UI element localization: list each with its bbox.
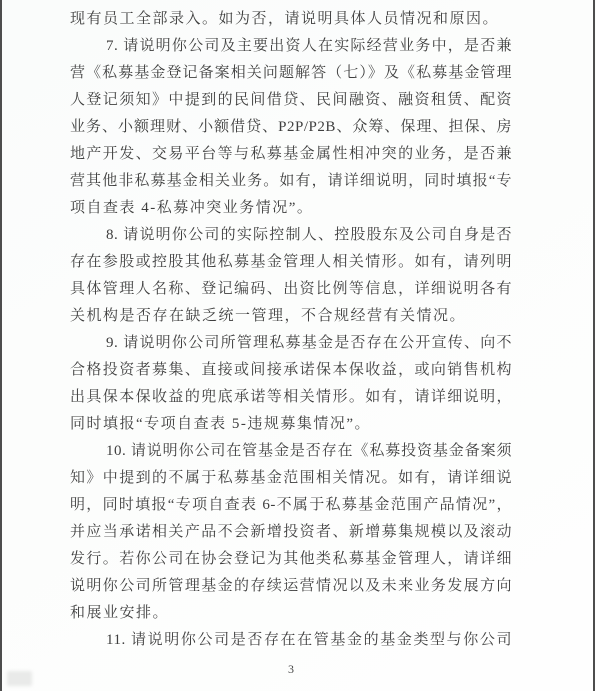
document-page: 现有员工全部录入。如为否，请说明具体人员情况和原因。 7. 请说明你公司及主要出…	[0, 0, 596, 691]
text-line-paragraph-9: 9. 请说明你公司所管理私募基金是否存在公开宣传、向不	[70, 330, 512, 357]
page-number: 3	[70, 661, 512, 677]
text-line: 发行。若你公司在协会登记为其他类私募基金管理人，请详细	[70, 546, 512, 573]
text-line: 地产开发、交易平台等与私募基金属性相冲突的业务，是否兼	[70, 141, 512, 168]
text-line: 项自查表 4-私募冲突业务情况”。	[70, 195, 512, 222]
text-line: 说明你公司所管理基金的存续运营情况以及未来业务发展方向	[70, 573, 512, 600]
text-line-paragraph-7: 7. 请说明你公司及主要出资人在实际经营业务中，是否兼	[70, 33, 512, 60]
text-line: 并应当承诺相关产品不会新增投资者、新增募集规模以及滚动	[70, 519, 512, 546]
text-line: 关机构是否存在缺乏统一管理，不合规经营有关情况。	[70, 303, 512, 330]
text-line: 现有员工全部录入。如为否，请说明具体人员情况和原因。	[70, 6, 512, 33]
text-line: 营其他非私募基金相关业务。如有，请详细说明，同时填报“专	[70, 168, 512, 195]
text-line: 人登记须知》中提到的民间借贷、民间融资、融资租赁、配资	[70, 87, 512, 114]
text-line-paragraph-11: 11. 请说明你公司是否存在在管基金的基金类型与你公司	[70, 627, 512, 654]
text-line-paragraph-10: 10. 请说明你公司在管基金是否存在《私募投资基金备案须	[70, 438, 512, 465]
page-right-edge-line	[593, 0, 595, 691]
text-line: 存在参股或控股其他私募基金管理人相关情形。如有，请列明	[70, 249, 512, 276]
text-line: 知》中提到的不属于私募基金范围相关情况。如有，请详细说	[70, 465, 512, 492]
text-line: 具体管理人名称、登记编码、出资比例等信息，详细说明各有	[70, 276, 512, 303]
page-left-edge-line	[0, 0, 2, 691]
scan-artifact-smudge	[7, 671, 32, 686]
text-line: 业务、小额理财、小额借贷、P2P/P2B、众筹、保理、担保、房	[70, 114, 512, 141]
text-line: 营《私募基金登记备案相关问题解答（七）》及《私募基金管理	[70, 60, 512, 87]
text-line: 出具保本保收益的兜底承诺等相关情形。如有，请详细说明，	[70, 384, 512, 411]
text-line: 同时填报“专项自查表 5-违规募集情况”。	[70, 411, 512, 438]
text-line: 明，同时填报“专项自查表 6-不属于私募基金范围产品情况”，	[70, 492, 512, 519]
text-line: 和展业安排。	[70, 600, 512, 627]
text-line: 合格投资者募集、直接或间接承诺保本保收益，或向销售机构	[70, 357, 512, 384]
text-line-paragraph-8: 8. 请说明你公司的实际控制人、控股股东及公司自身是否	[70, 222, 512, 249]
document-body-text: 现有员工全部录入。如为否，请说明具体人员情况和原因。 7. 请说明你公司及主要出…	[70, 6, 512, 654]
